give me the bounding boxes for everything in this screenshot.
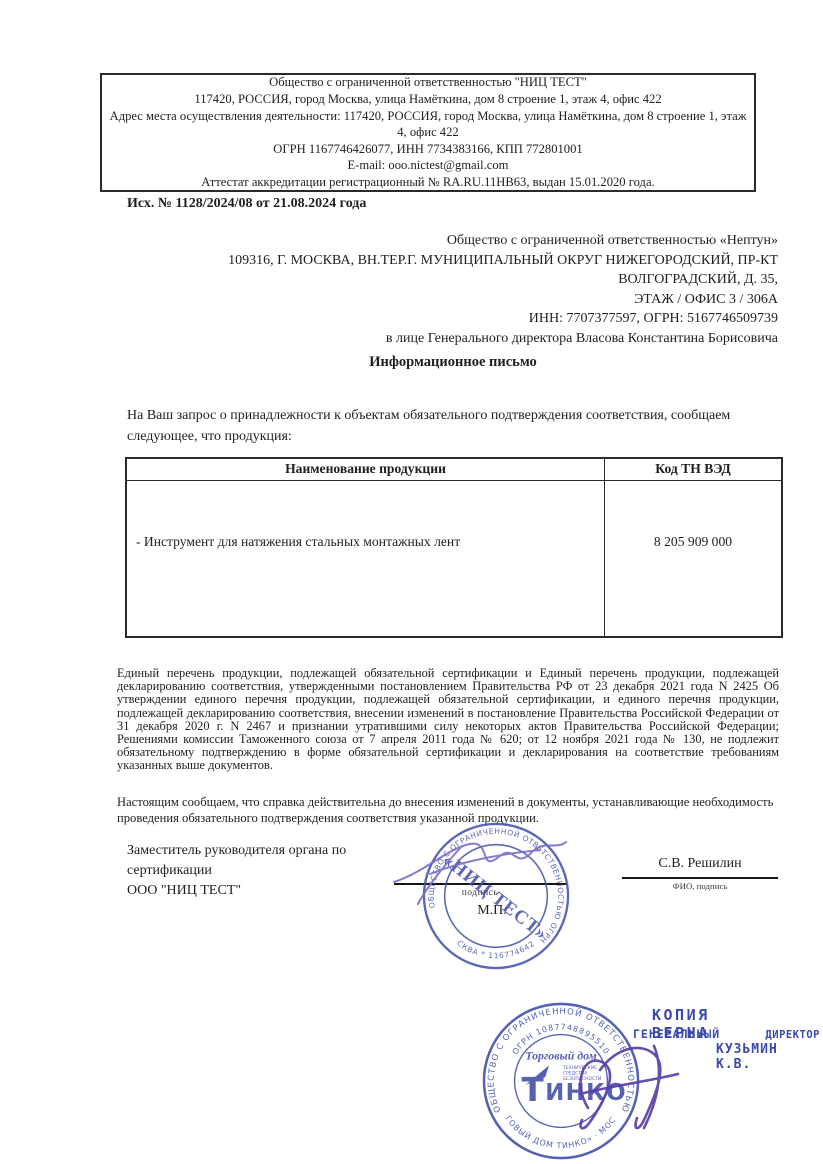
scanned-letter-page: Общество с ограниченной ответственностью… [0,0,823,1164]
signer-name-caption: ФИО, подпись [622,881,778,891]
recipient-block: Общество с ограниченной ответственностью… [120,231,778,348]
tnved-code-cell: 8 205 909 000 [605,481,781,637]
product-table: Наименование продукции Код ТН ВЭД - Инст… [125,457,783,638]
copy-stamp-role-right: ДИРЕКТОР [765,1029,820,1041]
recipient-line: ИНН: 7707377597, ОГРН: 5167746509739 [120,309,778,329]
recipient-line: ЭТАЖ / ОФИС 3 / 306А [120,290,778,310]
letterhead-line: Адрес места осуществления деятельности: … [109,108,747,141]
recipient-line: ВОЛГОГРАДСКИЙ, Д. 35, [120,270,778,290]
letterhead-line: Аттестат аккредитации регистрационный № … [109,174,747,191]
recipient-line: 109316, Г. МОСКВА, ВН.ТЕР.Г. МУНИЦИПАЛЬН… [120,251,778,271]
letterhead-line: Общество с ограниченной ответственностью… [109,74,747,91]
intro-paragraph: На Ваш запрос о принадлежности к объекта… [127,405,779,447]
letterhead-line: E-mail: ooo.nictest@gmail.com [109,157,747,174]
letterhead-box: Общество с ограниченной ответственностью… [100,73,756,192]
outgoing-ref-number: Исх. № 1128/2024/08 от 21.08.2024 года [127,196,366,212]
table-row: - Инструмент для натяжения стальных монт… [127,481,781,637]
document-title: Информационное письмо [125,354,781,371]
signer-name: С.В. Решилин [620,856,780,872]
table-header-product-name: Наименование продукции [127,459,605,480]
legal-paragraph: Единый перечень продукции, подлежащей об… [117,667,779,773]
director-signature-scribble [380,830,590,950]
letterhead-line: 117420, РОССИЯ, город Москва, улица Намё… [109,91,747,108]
letterhead-line: ОГРН 1167746426077, ИНН 7734383166, КПП … [109,141,747,158]
product-name-cell: - Инструмент для натяжения стальных монт… [127,481,605,637]
table-header-tnved-code: Код ТН ВЭД [605,459,781,480]
recipient-line: Общество с ограниченной ответственностью… [120,231,778,251]
table-header-row: Наименование продукции Код ТН ВЭД [127,459,781,481]
recipient-line: в лице Генерального директора Власова Ко… [120,329,778,349]
general-director-signature-scribble [550,1030,740,1150]
signer-name-line [622,877,778,879]
